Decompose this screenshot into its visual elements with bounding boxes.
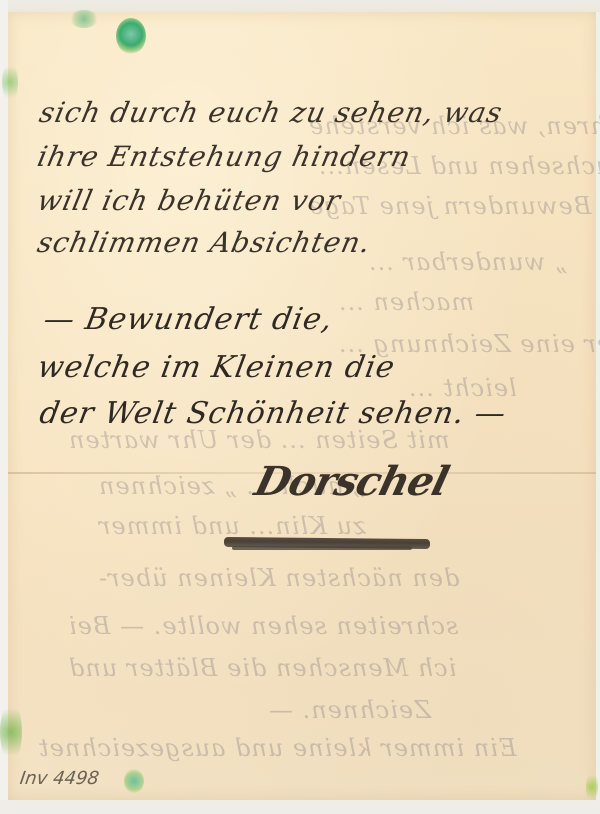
bleed-line: zu Klin... und immer	[98, 512, 366, 540]
signature: Dorschel	[250, 458, 453, 505]
signature-underline	[232, 546, 412, 550]
letter-text-line: schlimmen Absichten.	[34, 226, 374, 259]
letter-text-line: ihre Entstehung hindern	[34, 140, 414, 173]
bleed-line: „ wunderbar ...	[368, 248, 567, 276]
bleed-line: Ein immer kleine und ausgezeichnet	[38, 734, 516, 762]
green-stain-icon	[124, 769, 144, 793]
letter-text-line: der Welt Schönheit sehen. —	[37, 396, 509, 431]
bleed-line: schreiten sehen wollte. — Bei	[68, 612, 458, 640]
bleed-line: Bewundern jene Tage	[308, 192, 591, 220]
letter-text-line: welche im Kleinen die	[35, 350, 398, 385]
letter-text-line: — Bewundert die,	[41, 302, 336, 337]
letter-text-line: sich durch euch zu sehen, was	[36, 96, 505, 129]
green-stain-icon	[70, 10, 98, 28]
scan-border-bottom	[0, 800, 600, 814]
green-stain-icon	[2, 62, 18, 102]
catalog-mark: Inv 4498	[19, 768, 101, 789]
letter-text-line: will ich behüten vor	[34, 184, 344, 217]
green-stain-icon	[116, 18, 146, 54]
green-stain-icon	[586, 772, 598, 802]
letter-page: Ausführen, was ich verstehe Nachsehen un…	[8, 12, 596, 800]
bleed-line: den nächsten Kleinen über-	[98, 564, 459, 592]
scan-border-left	[0, 0, 8, 814]
bleed-line: machen ...	[338, 288, 474, 316]
bleed-line: ich Menschen die Blätter und	[68, 654, 456, 682]
green-stain-icon	[0, 702, 22, 762]
bleed-line: Zeichnen. —	[268, 696, 431, 724]
